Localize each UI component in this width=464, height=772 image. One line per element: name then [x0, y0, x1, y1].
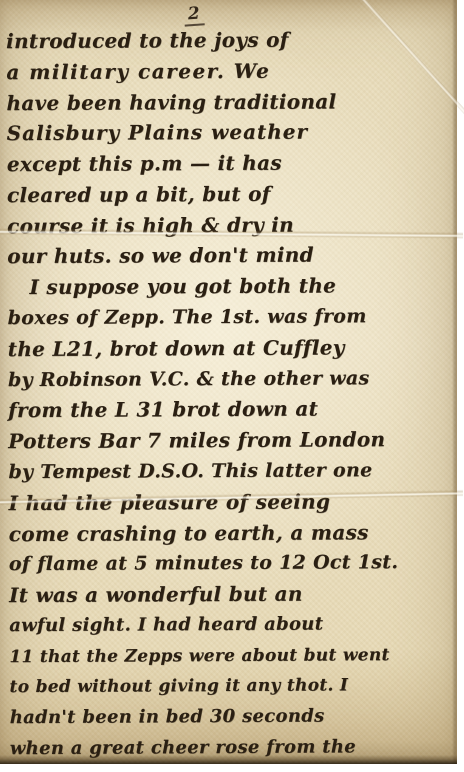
handwritten-line: have been having traditional	[6, 86, 450, 116]
handwritten-line: when a great cheer rose from the	[10, 733, 454, 763]
handwritten-line: Potters Bar 7 miles from London	[8, 425, 452, 455]
handwritten-line: except this p.m — it has	[7, 148, 451, 178]
handwritten-line: I had the pleasure of seeing	[8, 487, 452, 517]
handwritten-line: from the L 31 brot down at	[8, 394, 452, 424]
handwritten-line: come crashing to earth, a mass	[9, 517, 453, 547]
handwritten-line: boxes of Zepp. The 1st. was from	[8, 302, 452, 332]
handwritten-line: Salisbury Plains weather	[7, 117, 451, 147]
handwritten-line: course it is high & dry in	[7, 210, 451, 240]
handwritten-line: 11 that the Zepps were about but went	[9, 640, 453, 670]
handwritten-line: I suppose you got both the	[7, 271, 451, 301]
handwritten-line: a military career. We	[6, 56, 450, 86]
page-number: 2	[183, 3, 204, 26]
handwritten-line: It was a wonderful but an	[9, 579, 453, 609]
letter-page: 2 introduced to the joys of a military c…	[0, 0, 457, 764]
handwritten-line: the L21, brot down at Cuffley	[8, 333, 452, 363]
handwritten-line: to bed without giving it any thot. I	[9, 671, 453, 701]
letter-photo: 2 introduced to the joys of a military c…	[0, 0, 464, 772]
letter-body: introduced to the joys of a military car…	[6, 25, 454, 763]
handwritten-line: our huts. so we don't mind	[7, 240, 451, 270]
handwritten-line: by Robinson V.C. & the other was	[8, 363, 452, 393]
handwritten-line: by Tempest D.S.O. This latter one	[8, 456, 452, 486]
handwritten-line: cleared up a bit, but of	[7, 179, 451, 209]
handwritten-line: hadn't been in bed 30 seconds	[10, 702, 454, 732]
handwritten-line: introduced to the joys of	[6, 25, 450, 55]
handwritten-line: awful sight. I had heard about	[9, 610, 453, 640]
handwritten-line: of flame at 5 minutes to 12 Oct 1st.	[9, 548, 453, 578]
